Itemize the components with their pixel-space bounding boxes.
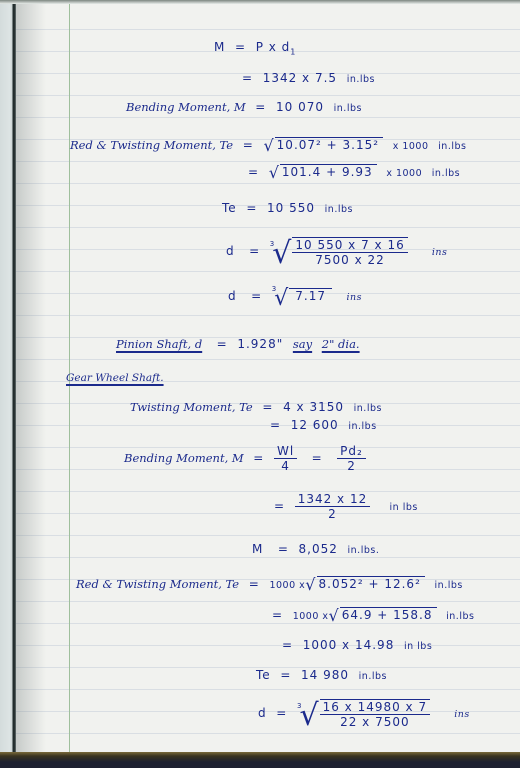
eq-twisting-result: = 12 600 in.lbs bbox=[270, 418, 377, 432]
unit: in lbs bbox=[404, 641, 432, 652]
label: Bending Moment, M bbox=[126, 100, 246, 114]
unit: in.lbs bbox=[435, 580, 463, 591]
equals: = bbox=[312, 451, 323, 465]
equals: = bbox=[276, 706, 287, 720]
radical-sign: √ bbox=[299, 698, 319, 733]
fraction: 16 x 14980 x 722 x 7500 bbox=[320, 699, 431, 729]
label: Red & Twisting Moment, Te bbox=[76, 577, 239, 591]
equals: = bbox=[272, 608, 283, 622]
symbol-te: Te bbox=[256, 668, 271, 682]
note: say bbox=[293, 337, 312, 351]
root-index: 3 bbox=[272, 285, 277, 293]
symbol-d: d bbox=[226, 244, 235, 258]
equals: = bbox=[253, 451, 264, 465]
unit: ins bbox=[454, 709, 470, 720]
fraction-wl: Wl4 bbox=[274, 444, 297, 473]
pinion-shaft-result: Pinion Shaft, d = 1.928" say 2" dia. bbox=[116, 337, 360, 351]
label: Pinion Shaft, d bbox=[116, 337, 202, 351]
radical-sign: √ bbox=[272, 236, 292, 271]
equals: = bbox=[274, 499, 285, 513]
eq-bending-moment-formula: Bending Moment, M = Wl4 = Pd₂2 bbox=[124, 444, 366, 473]
section-heading: Gear Wheel Shaft. bbox=[66, 372, 164, 384]
equals: = bbox=[246, 201, 257, 215]
equals: = bbox=[278, 542, 289, 556]
multiplier: x 1000 bbox=[386, 168, 422, 179]
value: 14 980 bbox=[301, 668, 349, 682]
numerator: 10 550 x 7 x 16 bbox=[292, 238, 407, 253]
values: 1000 x 14.98 bbox=[303, 638, 395, 652]
eq-diameter-simplified: d = 3√7.17 ins bbox=[228, 286, 362, 311]
numerator: Wl bbox=[274, 444, 297, 459]
value: 1.928" bbox=[237, 337, 283, 351]
radicand: 10.07² + 3.15² bbox=[275, 137, 383, 152]
denominator: 2 bbox=[337, 459, 366, 473]
symbol-m: M bbox=[252, 542, 263, 556]
eq-bending-values: = 1342 x 122 in lbs bbox=[274, 492, 418, 521]
unit: in.lbs bbox=[334, 103, 362, 114]
label: Twisting Moment, Te bbox=[130, 400, 253, 414]
equals: = bbox=[255, 100, 266, 114]
radicand: 7.17 bbox=[289, 288, 332, 303]
equals: = bbox=[262, 400, 273, 414]
equals: = bbox=[243, 138, 254, 152]
values: 4 x 3150 bbox=[283, 400, 344, 414]
page-top-edge bbox=[0, 0, 520, 4]
equals: = bbox=[217, 337, 228, 351]
denominator: 7500 x 22 bbox=[292, 253, 407, 267]
equals: = bbox=[282, 638, 293, 652]
radicand: 8.052² + 12.6² bbox=[317, 576, 425, 591]
formula-rhs: P x d bbox=[256, 40, 291, 54]
unit: in.lbs bbox=[348, 421, 376, 432]
value: 8,052 bbox=[299, 542, 338, 556]
square-root: √8.052² + 12.6² bbox=[305, 575, 425, 594]
eq-bending-result: M = 8,052 in.lbs. bbox=[252, 542, 379, 556]
unit: in.lbs bbox=[347, 74, 375, 85]
symbol-d: d bbox=[228, 289, 237, 303]
equals: = bbox=[251, 289, 262, 303]
symbol-d: d bbox=[258, 706, 267, 720]
values: 1342 x 7.5 bbox=[263, 71, 337, 85]
square-root: √101.4 + 9.93 bbox=[269, 163, 377, 182]
eq-moment-values: = 1342 x 7.5 in.lbs bbox=[242, 71, 375, 85]
eq-te-product: = 1000 x 14.98 in lbs bbox=[282, 638, 432, 652]
eq-te-expanded-2: = 1000 x√64.9 + 158.8 in.lbs bbox=[272, 606, 474, 625]
symbol-te: Te bbox=[222, 201, 237, 215]
unit: in.lbs bbox=[438, 141, 466, 152]
equals: = bbox=[280, 668, 291, 682]
eq-te-expanded: = √101.4 + 9.93 x 1000 in.lbs bbox=[248, 163, 460, 182]
fraction: 1342 x 122 bbox=[295, 492, 371, 521]
unit: in.lbs bbox=[446, 611, 474, 622]
equals: = bbox=[242, 71, 253, 85]
unit: in.lbs bbox=[359, 671, 387, 682]
eq-te-result: Te = 10 550 in.lbs bbox=[222, 201, 353, 215]
symbol-m: M bbox=[214, 40, 225, 54]
square-root: √10.07² + 3.15² bbox=[263, 136, 383, 155]
eq-bending-moment: Bending Moment, M = 10 070 in.lbs bbox=[126, 100, 362, 114]
fraction: 10 550 x 7 x 167500 x 22 bbox=[292, 237, 407, 267]
radicand: 64.9 + 158.8 bbox=[340, 607, 437, 622]
unit: in.lbs. bbox=[348, 545, 380, 556]
eq-te-result-2: Te = 14 980 in.lbs bbox=[256, 668, 387, 682]
value: 10 070 bbox=[276, 100, 324, 114]
equals: = bbox=[270, 418, 281, 432]
radicand: 101.4 + 9.93 bbox=[280, 164, 377, 179]
multiplier: 1000 x bbox=[293, 611, 329, 622]
eq-diameter-cube-root: d = 3√10 550 x 7 x 167500 x 22 ins bbox=[226, 236, 447, 271]
unit: in.lbs bbox=[325, 204, 353, 215]
eq-equivalent-twisting-moment-2: Red & Twisting Moment, Te = 1000 x√8.052… bbox=[76, 575, 463, 594]
value: 12 600 bbox=[291, 418, 339, 432]
label: Red & Twisting Moment, Te bbox=[70, 138, 233, 152]
root-index: 3 bbox=[270, 240, 275, 248]
multiplier: 1000 x bbox=[269, 580, 305, 591]
unit: in.lbs bbox=[354, 403, 382, 414]
unit: ins bbox=[346, 292, 362, 303]
numerator: 1342 x 12 bbox=[295, 492, 371, 507]
fraction-pd: Pd₂2 bbox=[337, 444, 366, 473]
eq-moment-formula: M = P x d1 bbox=[214, 40, 296, 56]
subscript: 1 bbox=[290, 47, 296, 56]
equals: = bbox=[249, 577, 260, 591]
numerator: 16 x 14980 x 7 bbox=[320, 700, 431, 715]
unit: in.lbs bbox=[432, 168, 460, 179]
denominator: 4 bbox=[274, 459, 297, 473]
eq-diameter-cube-root-2: d = 3√16 x 14980 x 722 x 7500 ins bbox=[258, 698, 470, 733]
root-index: 3 bbox=[297, 702, 302, 710]
denominator: 2 bbox=[295, 507, 371, 521]
equals: = bbox=[235, 40, 246, 54]
page-bottom-edge bbox=[0, 752, 520, 768]
final-diameter: 2" dia. bbox=[322, 337, 360, 351]
equals: = bbox=[249, 244, 260, 258]
label: Bending Moment, M bbox=[124, 451, 244, 465]
unit: ins bbox=[432, 247, 448, 258]
equals: = bbox=[248, 165, 259, 179]
unit: in lbs bbox=[390, 502, 418, 513]
numerator: Pd₂ bbox=[337, 444, 366, 459]
multiplier: x 1000 bbox=[393, 141, 429, 152]
eq-equivalent-twisting-moment: Red & Twisting Moment, Te = √10.07² + 3.… bbox=[70, 136, 466, 155]
square-root: √64.9 + 158.8 bbox=[329, 606, 437, 625]
value: 10 550 bbox=[267, 201, 315, 215]
eq-twisting-moment: Twisting Moment, Te = 4 x 3150 in.lbs bbox=[130, 400, 382, 414]
denominator: 22 x 7500 bbox=[320, 715, 431, 729]
